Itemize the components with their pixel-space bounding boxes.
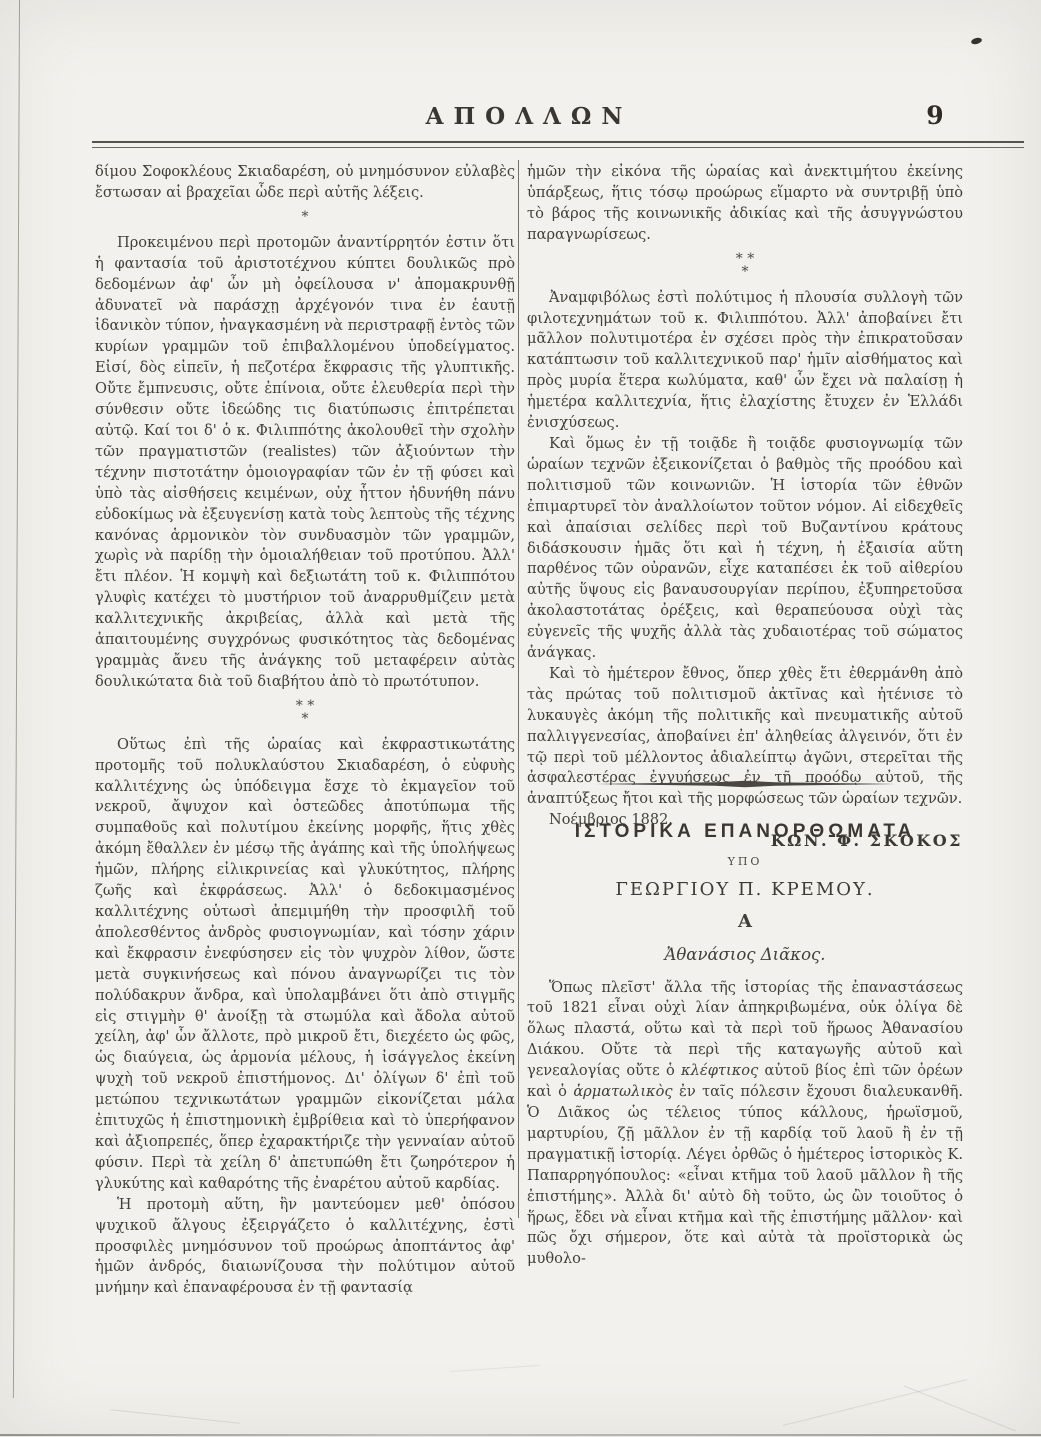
paragraph: Οὕτως ἐπὶ τῆς ὡραίας καὶ ἐκφραστικωτάτης…: [95, 735, 515, 1195]
article-section: ΙΣΤΟΡΙΚΑ ΕΠΑΝΟΡΘΩΜΑΤΑ ΥΠΟ ΓΕΩΡΓΙΟΥ Π. ΚΡ…: [527, 780, 963, 1270]
paper-crease: [450, 1365, 540, 1372]
scan-bottom-edge: [0, 1434, 1041, 1436]
paper-crease: [783, 1379, 968, 1426]
paragraph: Ἡ προτομὴ αὕτη, ἣν μαντεύομεν μεθ' ὁπόσο…: [95, 1195, 515, 1300]
article-author: ΓΕΩΡΓΙΟΥ Π. ΚΡΕΜΟΥ.: [527, 880, 963, 901]
paragraph: ἡμῶν τὴν εἰκόνα τῆς ὡραίας καὶ ἀνεκτιμήτ…: [527, 162, 963, 246]
article-italic-term: κλέφτικος: [681, 1062, 758, 1079]
essay-conclusion-block: ἡμῶν τὴν εἰκόνα τῆς ὡραίας καὶ ἀνεκτιμήτ…: [527, 162, 963, 852]
column-divider-rule: [518, 160, 519, 1218]
article-subtitle: Ἀθανάσιος Διᾶκος.: [527, 945, 963, 966]
asterism-separator: * * *: [95, 700, 515, 726]
left-text-column: δίμου Σοφοκλέους Σκιαδαρέση, οὐ μνημόσυν…: [95, 162, 515, 1299]
paragraph: Καὶ ὅμως ἐν τῇ τοιᾷδε ἢ τοιᾷδε φυσιογνωμ…: [527, 434, 963, 664]
paper-crease: [904, 1386, 1016, 1432]
article-text: ἐν ταῖς πόλεσιν ἔχουσι διαλευκανθῆ. Ὁ Δι…: [527, 1083, 963, 1267]
paragraph: δίμου Σοφοκλέους Σκιαδαρέση, οὐ μνημόσυν…: [95, 162, 515, 204]
article-byline-prefix: ΥΠΟ: [527, 852, 963, 873]
journal-masthead-title: ΑΠΟΛΛΩΝ: [95, 103, 963, 130]
paper-crease: [110, 1409, 239, 1424]
article-paragraph: Ὅπως πλεῖστ' ἄλλα τῆς ἱστορίας τῆς ἐπανα…: [527, 978, 963, 1271]
swelled-rule-ornament: [595, 780, 895, 788]
paragraph: Προκειμένου περὶ προτομῶν ἀναντίρρητόν ἐ…: [95, 233, 515, 693]
article-italic-term: ἁρματωλικὸς: [573, 1083, 672, 1100]
ink-speck: [970, 37, 982, 46]
asterism-separator: *: [95, 211, 515, 224]
header-double-rule: [92, 141, 1024, 148]
page-number: 9: [912, 101, 958, 130]
scanned-journal-page: ΑΠΟΛΛΩΝ 9 δίμου Σοφοκλέους Σκιαδαρέση, ο…: [0, 0, 1041, 1437]
article-title: ΙΣΤΟΡΙΚΑ ΕΠΑΝΟΡΘΩΜΑΤΑ: [527, 822, 963, 843]
asterism-separator: * * *: [527, 253, 963, 279]
page-fold-line: [13, 0, 20, 1398]
article-section-letter: Α: [527, 912, 963, 933]
paragraph: Ἀναμφιβόλως ἐστὶ πολύτιμος ἡ πλουσία συλ…: [527, 288, 963, 434]
